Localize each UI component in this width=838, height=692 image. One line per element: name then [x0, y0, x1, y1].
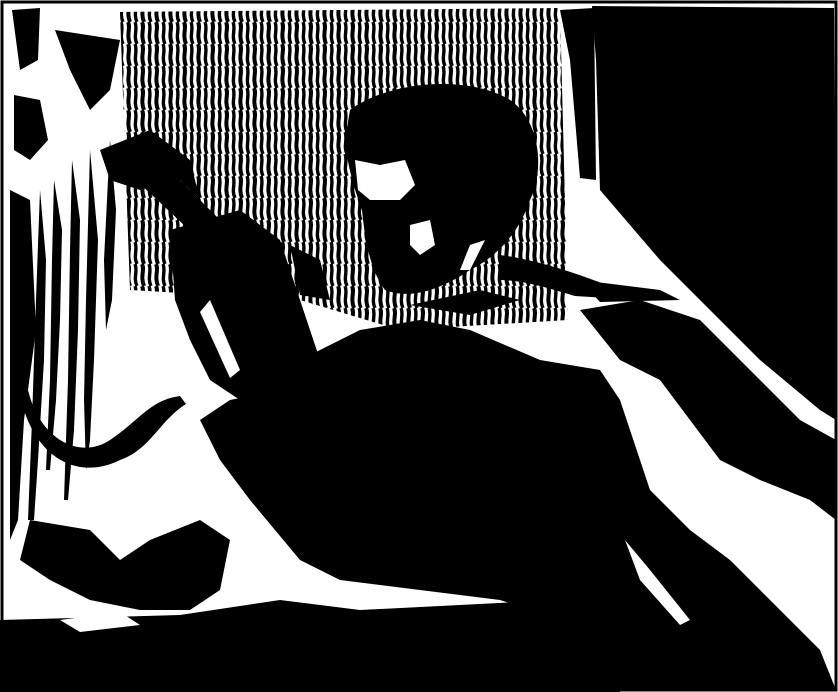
illustration-svg — [0, 0, 838, 692]
woodcut-illustration — [0, 0, 838, 692]
